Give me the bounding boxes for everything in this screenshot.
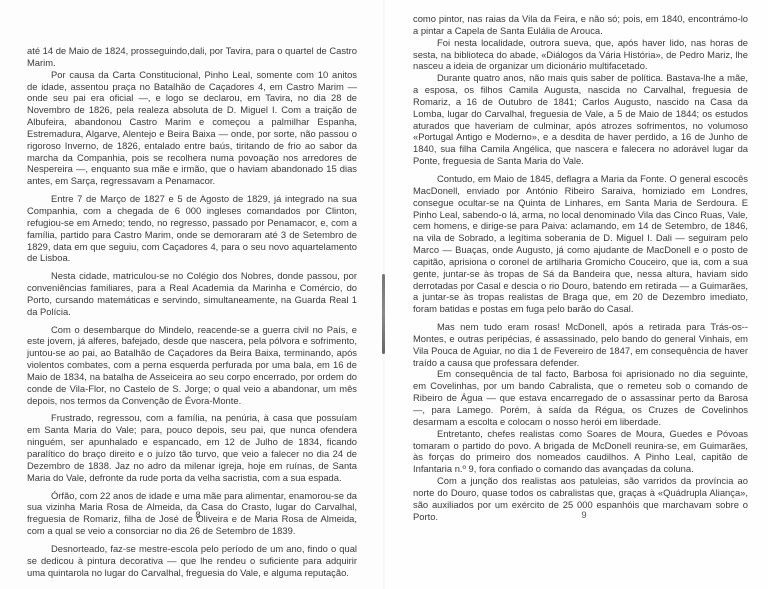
- page-number: 8: [6, 510, 390, 521]
- paragraph: Com o desembarque do Mindelo, reacende-s…: [27, 324, 357, 407]
- paragraph: até 14 de Maio de 1824, prosseguindo,dal…: [27, 45, 357, 69]
- paragraph: Em consequência de tal facto, Barbosa fo…: [413, 368, 748, 427]
- binding-staple-icon: [382, 274, 385, 354]
- paragraph: Por causa da Carta Constitucional, Pinho…: [27, 69, 357, 187]
- paragraph: Foi nesta localidade, outrora sueva, que…: [413, 37, 748, 73]
- left-page: até 14 de Maio de 1824, prosseguindo,dal…: [0, 0, 384, 589]
- paragraph: Entretanto, chefes realistas como Soares…: [413, 428, 748, 475]
- paragraph: Durante quatro anos, não mais quis saber…: [413, 72, 748, 167]
- right-page-text: como pintor, nas raias da Vila da Feira,…: [413, 13, 748, 522]
- paragraph: Mas nem tudo eram rosas! McDonell, após …: [413, 321, 748, 368]
- paragraph: Entre 7 de Março de 1827 e 5 de Agosto d…: [27, 193, 357, 264]
- paragraph: como pintor, nas raias da Vila da Feira,…: [413, 13, 748, 37]
- paragraph: Nesta cidade, matriculou-se no Colégio d…: [27, 270, 357, 317]
- right-page: como pintor, nas raias da Vila da Feira,…: [384, 0, 768, 589]
- left-page-text: até 14 de Maio de 1824, prosseguindo,dal…: [27, 45, 357, 578]
- paragraph: Desnorteado, faz-se mestre-escola pelo p…: [27, 543, 357, 579]
- paragraph: Contudo, em Maio de 1845, deflagra a Mar…: [413, 173, 748, 315]
- page-number: 9: [392, 510, 768, 521]
- paragraph: Frustrado, regressou, com a família, na …: [27, 412, 357, 483]
